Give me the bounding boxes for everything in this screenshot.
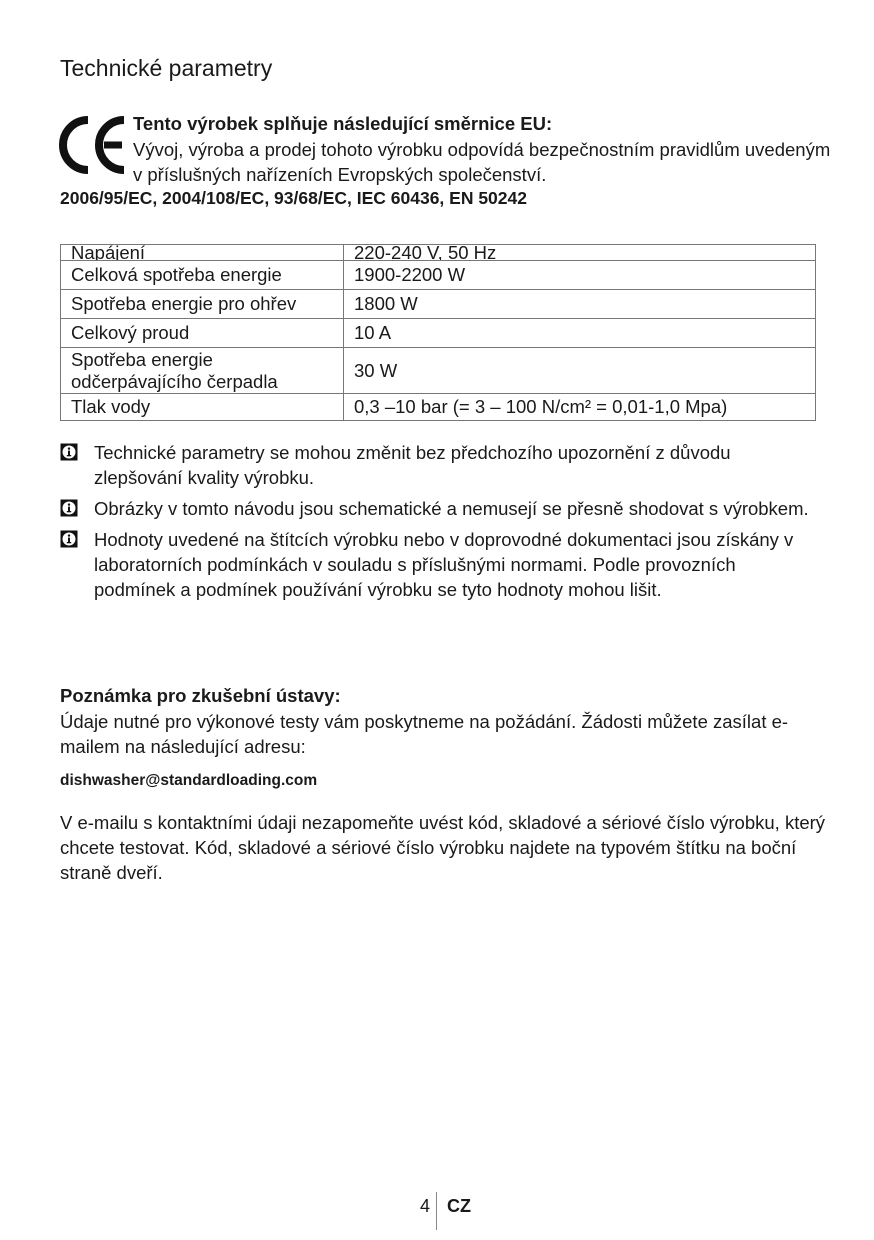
ce-mark-icon <box>58 116 128 174</box>
table-row: Spotřeba energie odčerpávajícího čerpadl… <box>61 348 816 394</box>
table-row: Spotřeba energie pro ohřev 1800 W <box>61 290 816 319</box>
table-row: Tlak vody 0,3 –10 bar (= 3 – 100 N/cm² =… <box>61 394 816 421</box>
spec-label: Napájení <box>61 245 344 261</box>
language-code: CZ <box>437 1192 471 1217</box>
lab-note-title: Poznámka pro zkušební ústavy: <box>60 685 341 707</box>
table-row: Celkový proud 10 A <box>61 319 816 348</box>
list-item: Obrázky v tomto návodu jsou schematické … <box>60 496 820 521</box>
page-footer: 4 CZ <box>420 1192 471 1230</box>
spec-value: 1800 W <box>344 290 816 319</box>
notes-list: Technické parametry se mohou změnit bez … <box>60 440 820 608</box>
eu-directives: 2006/95/EC, 2004/108/EC, 93/68/EC, IEC 6… <box>60 188 527 209</box>
ce-heading: Tento výrobek splňuje následující směrni… <box>133 113 552 135</box>
spec-value: 0,3 –10 bar (= 3 – 100 N/cm² = 0,01-1,0 … <box>344 394 816 421</box>
spec-label: Spotřeba energie odčerpávajícího čerpadl… <box>61 348 344 394</box>
spec-label: Celkový proud <box>61 319 344 348</box>
lab-note-text: Údaje nutné pro výkonové testy vám posky… <box>60 709 830 759</box>
spec-table: Napájení 220-240 V, 50 Hz Celková spotře… <box>60 244 816 421</box>
spec-value: 1900-2200 W <box>344 261 816 290</box>
spec-label: Celková spotřeba energie <box>61 261 344 290</box>
note-text: Hodnoty uvedené na štítcích výrobku nebo… <box>94 527 820 602</box>
ce-description: Vývoj, výroba a prodej tohoto výrobku od… <box>133 137 833 187</box>
email-address: dishwasher@standardloading.com <box>60 772 317 790</box>
list-item: Technické parametry se mohou změnit bez … <box>60 440 820 490</box>
contact-instructions: V e-mailu s kontaktními údaji nezapomeňt… <box>60 810 830 885</box>
table-row: Celková spotřeba energie 1900-2200 W <box>61 261 816 290</box>
spec-label: Spotřeba energie pro ohřev <box>61 290 344 319</box>
list-item: Hodnoty uvedené na štítcích výrobku nebo… <box>60 527 820 602</box>
spec-value: 30 W <box>344 348 816 394</box>
info-icon <box>60 499 78 517</box>
spec-value: 10 A <box>344 319 816 348</box>
info-icon <box>60 443 78 461</box>
spec-value: 220-240 V, 50 Hz <box>344 245 816 261</box>
note-text: Technické parametry se mohou změnit bez … <box>94 440 820 490</box>
info-icon <box>60 530 78 548</box>
page-number: 4 <box>420 1192 436 1217</box>
spec-label: Tlak vody <box>61 394 344 421</box>
table-row: Napájení 220-240 V, 50 Hz <box>61 245 816 261</box>
page-title: Technické parametry <box>60 55 272 82</box>
note-text: Obrázky v tomto návodu jsou schematické … <box>94 496 820 521</box>
